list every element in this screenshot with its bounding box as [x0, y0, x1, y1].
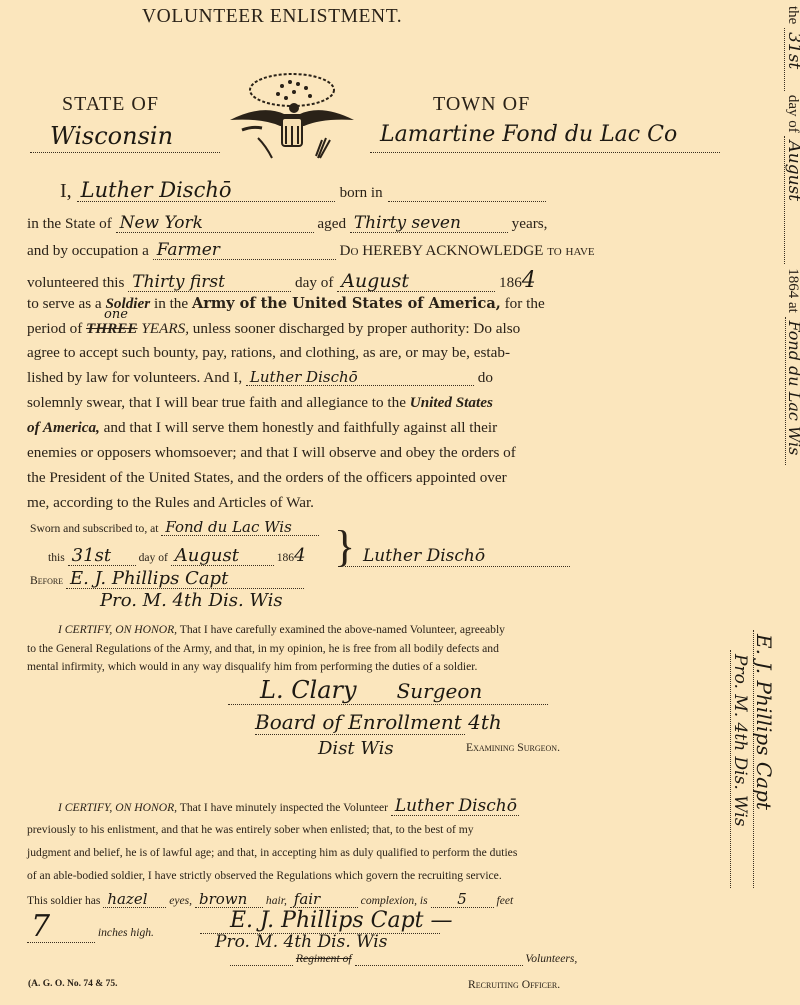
- serve-text-3: for the: [505, 295, 545, 312]
- do-label: do: [478, 369, 493, 386]
- i-label: I,: [60, 180, 72, 202]
- complexion-value: fair: [290, 892, 358, 908]
- oath-body-1: unless sooner discharged by proper autho…: [193, 320, 520, 337]
- age-value: Thirty seven: [350, 215, 508, 233]
- volunteer-name-again: Luther Dischō: [246, 370, 474, 386]
- oath-body-5: and that I will serve them honestly and …: [104, 419, 498, 436]
- enlist-month: August: [337, 272, 495, 292]
- surgeon-board: Board of Enrollment 4th: [255, 710, 502, 734]
- has-label: This soldier has: [27, 894, 100, 907]
- muster-month: August: [784, 136, 800, 264]
- muster-signature-title-block: Pro. M. 4th Dis. Wis: [730, 650, 748, 888]
- volunteer-name: Luther Dischō: [77, 180, 335, 202]
- eagle-seal-icon: [222, 68, 362, 163]
- of-america: of America,: [27, 419, 100, 436]
- volunteer-signature: Luther Dischō: [345, 546, 485, 566]
- recruiter-signature-line: E. J. Phillips Capt —: [200, 908, 440, 934]
- regiment-state-field: [355, 953, 523, 966]
- oath-body-7: the President of the United States, and …: [27, 469, 507, 487]
- state-of-label: in the State of: [27, 215, 112, 232]
- surgeon-cert-line-3: mental infirmity, which would in any way…: [27, 660, 477, 673]
- aged-label: aged: [317, 215, 346, 232]
- years-label: years,: [512, 215, 548, 232]
- sworn-label: Sworn and subscribed to, at: [30, 522, 158, 535]
- surgeon-cert-heading: I CERTIFY, ON HONOR,: [58, 623, 177, 636]
- surgeon-cert-line-1: That I have carefully examined the above…: [180, 623, 505, 636]
- recruiter-signature: E. J. Phillips Capt —: [200, 908, 453, 933]
- surgeon-cert-line-2: to the General Regulations of the Army, …: [27, 642, 499, 655]
- eyes-value: hazel: [103, 892, 166, 908]
- surgeon-board-line: Board of Enrollment 4th: [255, 710, 465, 735]
- complexion-label: complexion, is: [361, 894, 428, 907]
- hair-label: hair,: [266, 894, 287, 907]
- day-of-label: day of: [295, 274, 333, 291]
- muster-year-label: 1864 at: [785, 268, 800, 313]
- surgeon-signature-title: Surgeon: [361, 679, 483, 703]
- muster-line-2: the 31st day of August 1864 at Fond du L…: [784, 6, 800, 465]
- state-field: Wisconsin: [30, 122, 220, 153]
- this-label: this: [48, 551, 65, 564]
- acknowledge-text: Do HEREBY ACKNOWLEDGE to have: [339, 242, 594, 259]
- born-in-label: born in: [340, 185, 383, 201]
- muster-place: Fond du Lac Wis: [785, 317, 800, 465]
- recruiter-cert-line-2: previously to his enlistment, and that h…: [27, 823, 474, 836]
- volunteers-label: Volunteers,: [525, 952, 577, 965]
- sworn-month: August: [171, 547, 274, 566]
- inches-label: inches high.: [98, 926, 154, 939]
- state-label: STATE OF: [62, 93, 159, 116]
- muster-signature-title: Pro. M. 4th Dis. Wis: [730, 650, 748, 888]
- muster-signature: E. J. Phillips Capt: [753, 630, 774, 888]
- regiment-of-label: Regiment of: [296, 952, 352, 965]
- sworn-year-prefix: 186: [277, 551, 294, 564]
- feet-value: 5: [431, 892, 494, 908]
- sworn-year-suffix: 4: [294, 545, 305, 566]
- recruiter-cert-line-3: judgment and belief, he is of lawful age…: [27, 846, 517, 859]
- document-title: VOLUNTEER ENLISTMENT.: [142, 6, 402, 28]
- regiment-number-field: [230, 953, 293, 966]
- recruiter-cert-line-1: That I have minutely inspected the Volun…: [180, 801, 388, 814]
- birth-state: New York: [116, 215, 314, 233]
- eyes-label: eyes,: [169, 894, 192, 907]
- serve-text: to serve as a: [27, 295, 102, 312]
- ago-footer: (A. G. O. No. 74 & 75.: [28, 979, 117, 989]
- before-label: Before: [30, 574, 63, 587]
- oath-body-3: lished by law for volunteers. And I,: [27, 369, 242, 386]
- oath-body-4: solemnly swear, that I will bear true fa…: [27, 394, 406, 411]
- oath-body-6: enemies or opposers whomsoever; and that…: [27, 444, 516, 462]
- muster-the-label: the: [785, 6, 800, 24]
- sworn-officer-title: Pro. M. 4th Dis. Wis: [100, 590, 283, 611]
- surgeon-district: Dist Wis: [318, 738, 394, 759]
- muster-signature-block: E. J. Phillips Capt: [752, 630, 774, 888]
- oath-body-8: me, according to the Rules and Articles …: [27, 494, 314, 512]
- sworn-place: Fond du Lac Wis: [161, 520, 319, 536]
- town-value: Lamartine Fond du Lac Co: [370, 122, 677, 147]
- born-in-field: [388, 181, 546, 202]
- surgeon-signature-line: L. Clary Surgeon: [228, 676, 548, 705]
- enlist-day: Thirty first: [128, 274, 291, 292]
- period-label: period of: [27, 320, 82, 337]
- oath-body-2: agree to accept such bounty, pay, ration…: [27, 344, 510, 362]
- volunteer-signature-line: Luther Dischō: [345, 546, 570, 567]
- surgeon-signature: L. Clary: [228, 676, 357, 704]
- state-value: Wisconsin: [30, 122, 173, 150]
- sworn-officer: E. J. Phillips Capt: [66, 570, 304, 589]
- feet-label: feet: [496, 894, 513, 907]
- years-word: YEARS,: [141, 320, 189, 337]
- year-prefix: 186: [499, 274, 522, 291]
- recruiter-cert-line-4: of an able-bodied soldier, I have strict…: [27, 869, 502, 882]
- recruiter-cert-heading: I CERTIFY, ON HONOR,: [58, 801, 177, 814]
- serve-text-2: in the: [154, 295, 188, 312]
- united-states: United States: [410, 394, 493, 411]
- recruiter-signature-title: Pro. M. 4th Dis. Wis: [215, 932, 387, 952]
- town-label: TOWN OF: [433, 93, 530, 116]
- town-field: Lamartine Fond du Lac Co: [370, 122, 720, 153]
- period-struck: THREE: [86, 320, 137, 337]
- sworn-day-of-label: day of: [139, 551, 168, 564]
- muster-day: 31st: [784, 28, 800, 91]
- year-suffix: 4: [522, 268, 536, 293]
- inches-value: 7: [27, 912, 95, 943]
- sworn-day: 31st: [68, 547, 136, 566]
- examining-surgeon-label: Examining Surgeon.: [466, 741, 560, 754]
- volunteered-label: volunteered this: [27, 274, 124, 291]
- hair-value: brown: [195, 892, 263, 908]
- occupation-value: Farmer: [153, 242, 336, 260]
- occupation-label: and by occupation a: [27, 242, 149, 259]
- recruiter-volunteer-name: Luther Dischō: [391, 798, 519, 816]
- muster-day-of-label: day of: [785, 95, 800, 133]
- period-inserted: one: [104, 307, 128, 322]
- army-text: Army of the United States of America,: [192, 295, 501, 312]
- recruiting-officer-label: Recruiting Officer.: [468, 978, 560, 991]
